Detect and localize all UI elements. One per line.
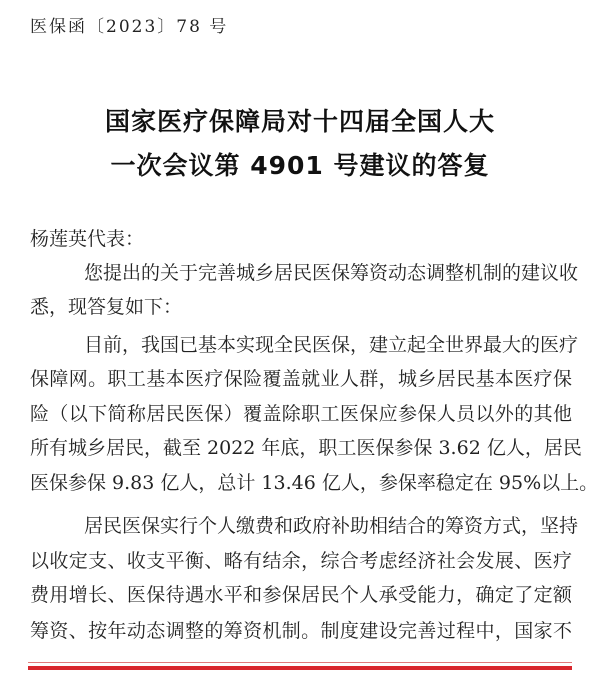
salutation: 杨莲英代表： [30,226,572,252]
body-line: 保障网。职工基本医疗保险覆盖就业人群，城乡居民基本医疗保 [30,366,572,392]
body-line: 费用增长、医保待遇水平和参保居民个人承受能力，确定了定额 [30,582,572,608]
body-line: 医保参保 9.83 亿人，总计 13.46 亿人，参保率稳定在 95%以上。 [30,470,572,496]
body-line: 目前，我国已基本实现全民医保，建立起全世界最大的医疗 [30,332,572,358]
body-line: 所有城乡居民，截至 2022 年底，职工医保参保 3.62 亿人，居民 [30,435,572,461]
body-line: 您提出的关于完善城乡居民医保筹资动态调整机制的建议收 [30,260,572,286]
body-line: 悉，现答复如下： [30,294,572,320]
body-line: 筹资、按年动态调整的筹资机制。制度建设完善过程中，国家不 [30,618,572,644]
body-line: 以收定支、收支平衡、略有结余，综合考虑经济社会发展、医疗 [30,548,572,574]
footer-rule-thick [28,666,572,670]
body-line: 险（以下简称居民医保）覆盖除职工医保应参保人员以外的其他 [30,401,572,427]
document-number: 医保函〔2023〕78 号 [30,12,228,37]
document-title-line-1: 国家医疗保障局对十四届全国人大 [0,102,600,138]
document-title-line-2: 一次会议第 4901 号建议的答复 [0,146,600,182]
footer-rule-thin [28,662,572,663]
body-line: 居民医保实行个人缴费和政府补助相结合的筹资方式，坚持 [30,513,572,539]
